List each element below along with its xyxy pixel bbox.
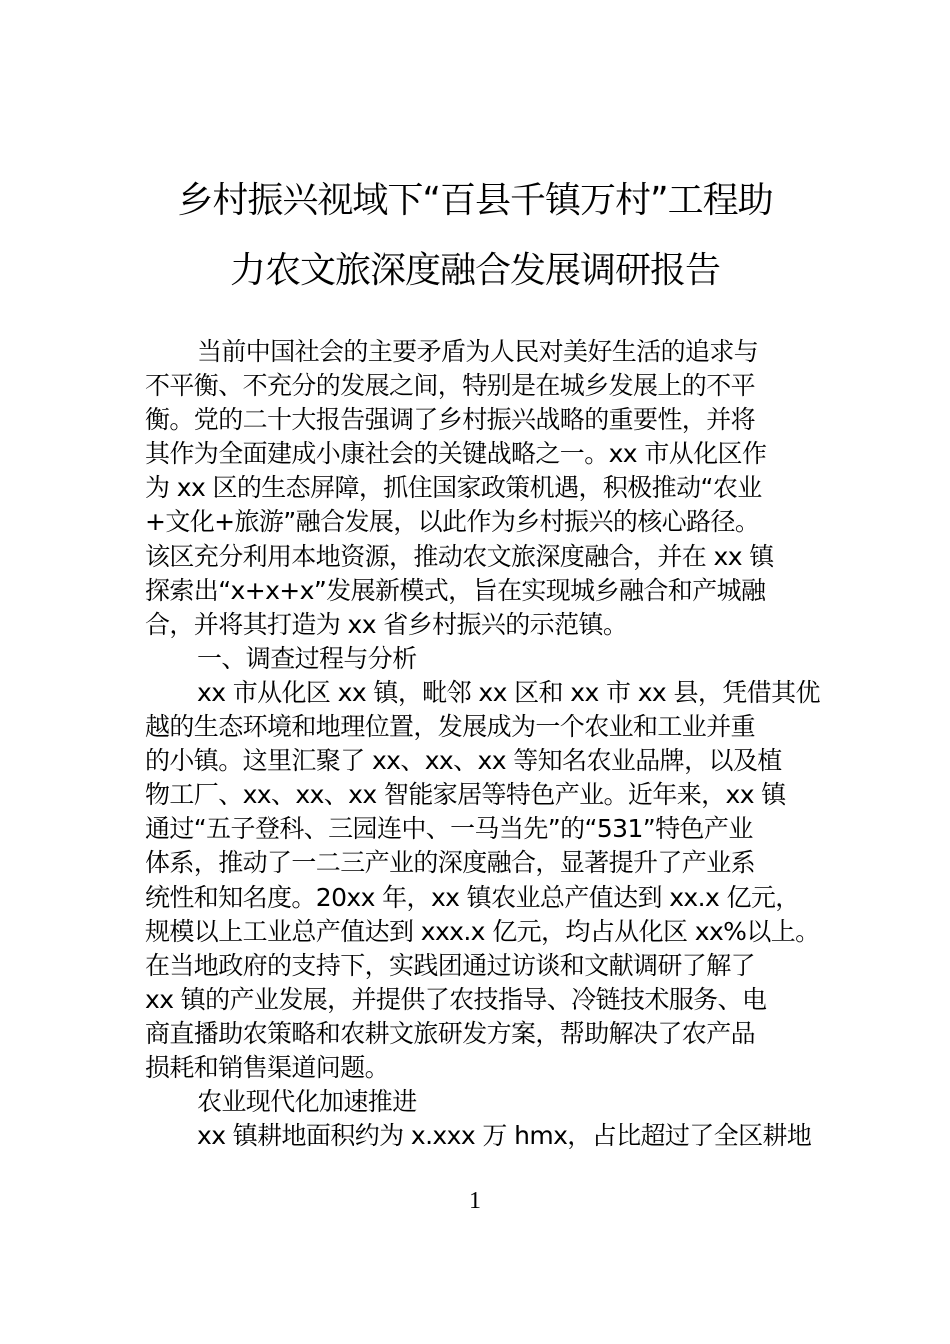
body-line: xx 镇耕地面积约为 x.xxx 万 hmx，占比超过了全区耕地 (145, 1119, 807, 1153)
document-title: 乡村振兴视域下“百县千镇万村”工程助 力农文旅深度融合发展调研报告 (100, 166, 850, 306)
page-number: 1 (0, 1188, 950, 1215)
title-line-2: 力农文旅深度融合发展调研报告 (100, 236, 850, 306)
body-line: 探索出“x+x+x”发展新模式，旨在实现城乡融合和产城融 (145, 574, 807, 608)
body-line: 规模以上工业总产值达到 xxx.x 亿元，均占从化区 xx%以上。 (145, 915, 807, 949)
body-line: 合，并将其打造为 xx 省乡村振兴的示范镇。 (145, 608, 807, 642)
body-line: 物工厂、xx、xx、xx 智能家居等特色产业。近年来，xx 镇 (145, 778, 807, 812)
body-line: 体系，推动了一二三产业的深度融合，显著提升了产业系 (145, 846, 807, 880)
body-line: +文化+旅游”融合发展，以此作为乡村振兴的核心路径。 (145, 505, 807, 539)
body-line: 衡。党的二十大报告强调了乡村振兴战略的重要性，并将 (145, 403, 807, 437)
body-line: 的小镇。这里汇聚了 xx、xx、xx 等知名农业品牌，以及植 (145, 744, 807, 778)
document-body: 当前中国社会的主要矛盾为人民对美好生活的追求与不平衡、不充分的发展之间，特别是在… (145, 335, 807, 1153)
title-line-1: 乡村振兴视域下“百县千镇万村”工程助 (100, 166, 850, 236)
document-page: 乡村振兴视域下“百县千镇万村”工程助 力农文旅深度融合发展调研报告 当前中国社会… (0, 0, 950, 1344)
body-line: 其作为全面建成小康社会的关键战略之一。xx 市从化区作 (145, 437, 807, 471)
body-line: 不平衡、不充分的发展之间，特别是在城乡发展上的不平 (145, 369, 807, 403)
body-line: 农业现代化加速推进 (145, 1085, 807, 1119)
body-line: 统性和知名度。20xx 年，xx 镇农业总产值达到 xx.x 亿元， (145, 881, 807, 915)
body-line: 该区充分利用本地资源，推动农文旅深度融合，并在 xx 镇 (145, 540, 807, 574)
body-line: 当前中国社会的主要矛盾为人民对美好生活的追求与 (145, 335, 807, 369)
body-line: 一、调查过程与分析 (145, 642, 807, 676)
body-line: 通过“五子登科、三园连中、一马当先”的“531”特色产业 (145, 812, 807, 846)
body-line: 商直播助农策略和农耕文旅研发方案，帮助解决了农产品 (145, 1017, 807, 1051)
body-line: 越的生态环境和地理位置，发展成为一个农业和工业并重 (145, 710, 807, 744)
body-line: 损耗和销售渠道问题。 (145, 1051, 807, 1085)
body-line: xx 镇的产业发展，并提供了农技指导、冷链技术服务、电 (145, 983, 807, 1017)
body-line: 为 xx 区的生态屏障，抓住国家政策机遇，积极推动“农业 (145, 471, 807, 505)
body-line: xx 市从化区 xx 镇，毗邻 xx 区和 xx 市 xx 县，凭借其优 (145, 676, 807, 710)
body-line: 在当地政府的支持下，实践团通过访谈和文献调研了解了 (145, 949, 807, 983)
